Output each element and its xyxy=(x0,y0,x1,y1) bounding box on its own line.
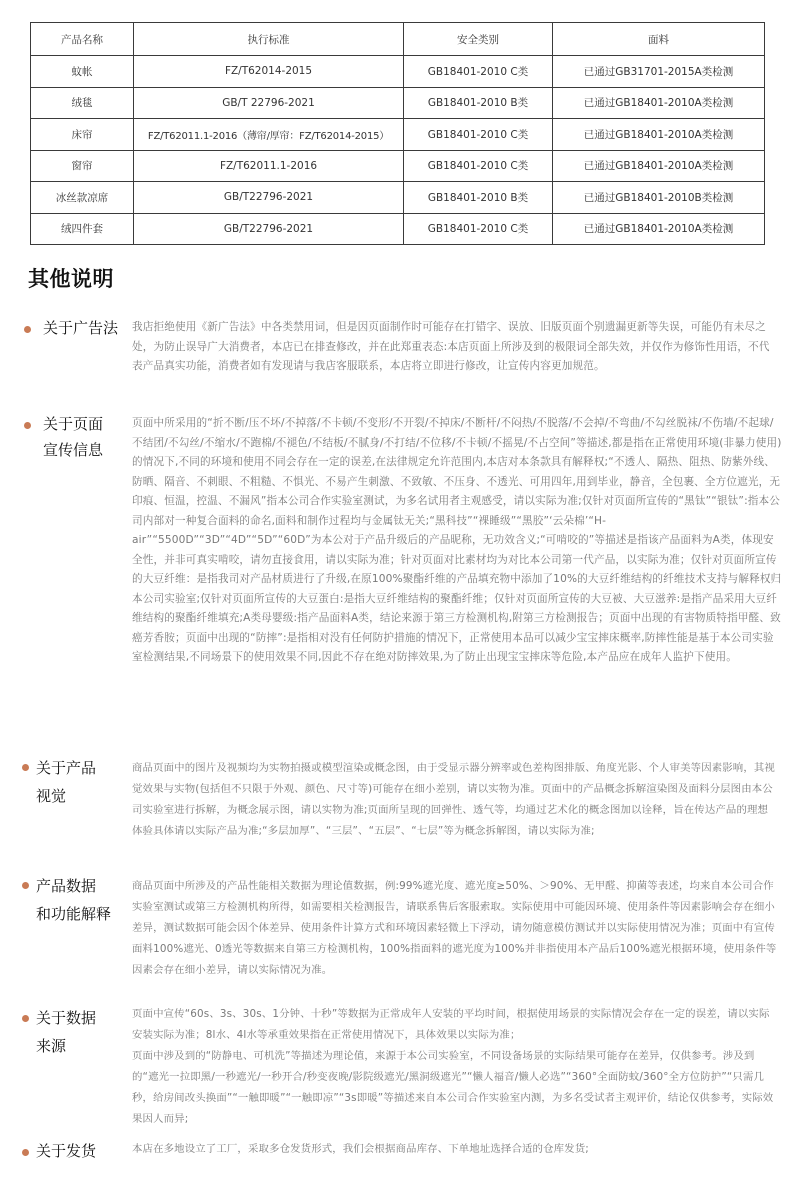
note-body: 我店拒绝使用《新广告法》中各类禁用词，但是因页面制作时可能存在打错字、误放、旧版… xyxy=(132,318,780,377)
cell-safety-class: GB18401-2010 B类 xyxy=(404,182,553,214)
note-body: 本店在多地设立了工厂，采取多仓发货形式，我们会根据商品库存、下单地址选择合适的仓… xyxy=(132,1140,780,1160)
section-title: 其他说明 xyxy=(28,263,114,293)
note-label: 关于数据 来源 xyxy=(36,1004,96,1060)
note-label-line: 关于产品 xyxy=(36,754,96,782)
product-standards-table: 产品名称 执行标准 安全类别 面料 蚊帐 FZ/T62014-2015 GB18… xyxy=(30,22,765,245)
note-label-line: 视觉 xyxy=(36,782,96,810)
table-row: 绒四件套 GB/T22796-2021 GB18401-2010 C类 已通过G… xyxy=(31,213,765,245)
note-body: 页面中宣传“60s、3s、30s、1分钟、十秒”等数据为正常成年人安装的平均时间… xyxy=(132,1004,780,1130)
bullet-dot-icon xyxy=(22,1015,29,1022)
bullet-dot-icon xyxy=(24,326,31,333)
cell-fabric: 已通过GB18401-2010A类检测 xyxy=(553,119,765,151)
table-row: 蚊帐 FZ/T62014-2015 GB18401-2010 C类 已通过GB3… xyxy=(31,56,765,88)
header-fabric: 面料 xyxy=(553,23,765,56)
cell-standard: GB/T 22796-2021 xyxy=(134,87,404,119)
note-paragraph: 商品页面中的图片及视频均为实物拍摄或模型渲染或概念图，由于受显示器分辨率或色差构… xyxy=(132,758,777,842)
note-label-line: 关于发货 xyxy=(36,1138,96,1164)
cell-fabric: 已通过GB18401-2010A类检测 xyxy=(553,150,765,182)
table-row: 冰丝款凉席 GB/T22796-2021 GB18401-2010 B类 已通过… xyxy=(31,182,765,214)
cell-standard: FZ/T62014-2015 xyxy=(134,56,404,88)
table-row: 床帘 FZ/T62011.1-2016（薄帘/厚帘：FZ/T62014-2015… xyxy=(31,119,765,151)
note-paragraph: 商品页面中所涉及的产品性能相关数据为理论值数据，例:99%遮光度、遮光度≥50%… xyxy=(132,876,777,981)
cell-standard: FZ/T62011.1-2016 xyxy=(134,150,404,182)
note-paragraph: 我店拒绝使用《新广告法》中各类禁用词，但是因页面制作时可能存在打错字、误放、旧版… xyxy=(132,318,780,377)
note-paragraph: 页面中宣传“60s、3s、30s、1分钟、十秒”等数据为正常成年人安装的平均时间… xyxy=(132,1004,780,1046)
bullet-dot-icon xyxy=(24,422,31,429)
cell-product-name: 蚊帐 xyxy=(31,56,134,88)
note-label: 关于页面 宣传信息 xyxy=(43,411,103,463)
note-label-line: 产品数据 xyxy=(36,872,111,900)
note-paragraph: 页面中所采用的“折不断/压不坏/不掉落/不卡顿/不变形/不开裂/不掉床/不断杆/… xyxy=(132,414,782,668)
header-product-name: 产品名称 xyxy=(31,23,134,56)
cell-product-name: 床帘 xyxy=(31,119,134,151)
cell-safety-class: GB18401-2010 C类 xyxy=(404,119,553,151)
table-row: 窗帘 FZ/T62011.1-2016 GB18401-2010 C类 已通过G… xyxy=(31,150,765,182)
header-standard: 执行标准 xyxy=(134,23,404,56)
note-body: 商品页面中所涉及的产品性能相关数据为理论值数据，例:99%遮光度、遮光度≥50%… xyxy=(132,876,777,981)
note-body: 页面中所采用的“折不断/压不坏/不掉落/不卡顿/不变形/不开裂/不掉床/不断杆/… xyxy=(132,414,782,668)
note-paragraph: 本店在多地设立了工厂，采取多仓发货形式，我们会根据商品库存、下单地址选择合适的仓… xyxy=(132,1140,780,1160)
note-paragraph: 页面中涉及到的“防静电、可机洗”等描述为理论值，来源于本公司实验室，不同设备场景… xyxy=(132,1046,780,1130)
note-label-line: 宣传信息 xyxy=(43,437,103,463)
cell-standard: GB/T22796-2021 xyxy=(134,182,404,214)
table-row: 绒毯 GB/T 22796-2021 GB18401-2010 B类 已通过GB… xyxy=(31,87,765,119)
cell-product-name: 绒毯 xyxy=(31,87,134,119)
note-label-line: 关于数据 xyxy=(36,1004,96,1032)
cell-fabric: 已通过GB31701-2015A类检测 xyxy=(553,56,765,88)
note-label-line: 和功能解释 xyxy=(36,900,111,928)
cell-safety-class: GB18401-2010 C类 xyxy=(404,56,553,88)
cell-standard: FZ/T62011.1-2016（薄帘/厚帘：FZ/T62014-2015） xyxy=(134,119,404,151)
note-body: 商品页面中的图片及视频均为实物拍摄或模型渲染或概念图，由于受显示器分辨率或色差构… xyxy=(132,758,777,842)
header-safety-class: 安全类别 xyxy=(404,23,553,56)
bullet-dot-icon xyxy=(22,882,29,889)
bullet-dot-icon xyxy=(22,1149,29,1156)
cell-fabric: 已通过GB18401-2010A类检测 xyxy=(553,87,765,119)
cell-safety-class: GB18401-2010 C类 xyxy=(404,150,553,182)
note-label-line: 关于广告法 xyxy=(43,315,118,341)
note-label: 关于广告法 xyxy=(43,315,118,341)
note-label: 关于发货 xyxy=(36,1138,96,1164)
cell-safety-class: GB18401-2010 C类 xyxy=(404,213,553,245)
cell-product-name: 冰丝款凉席 xyxy=(31,182,134,214)
cell-product-name: 窗帘 xyxy=(31,150,134,182)
cell-product-name: 绒四件套 xyxy=(31,213,134,245)
cell-fabric: 已通过GB18401-2010B类检测 xyxy=(553,182,765,214)
note-label: 产品数据 和功能解释 xyxy=(36,872,111,928)
cell-standard: GB/T22796-2021 xyxy=(134,213,404,245)
note-label-line: 来源 xyxy=(36,1032,96,1060)
note-label-line: 关于页面 xyxy=(43,411,103,437)
cell-fabric: 已通过GB18401-2010A类检测 xyxy=(553,213,765,245)
cell-safety-class: GB18401-2010 B类 xyxy=(404,87,553,119)
note-label: 关于产品 视觉 xyxy=(36,754,96,810)
bullet-dot-icon xyxy=(22,764,29,771)
table-header-row: 产品名称 执行标准 安全类别 面料 xyxy=(31,23,765,56)
